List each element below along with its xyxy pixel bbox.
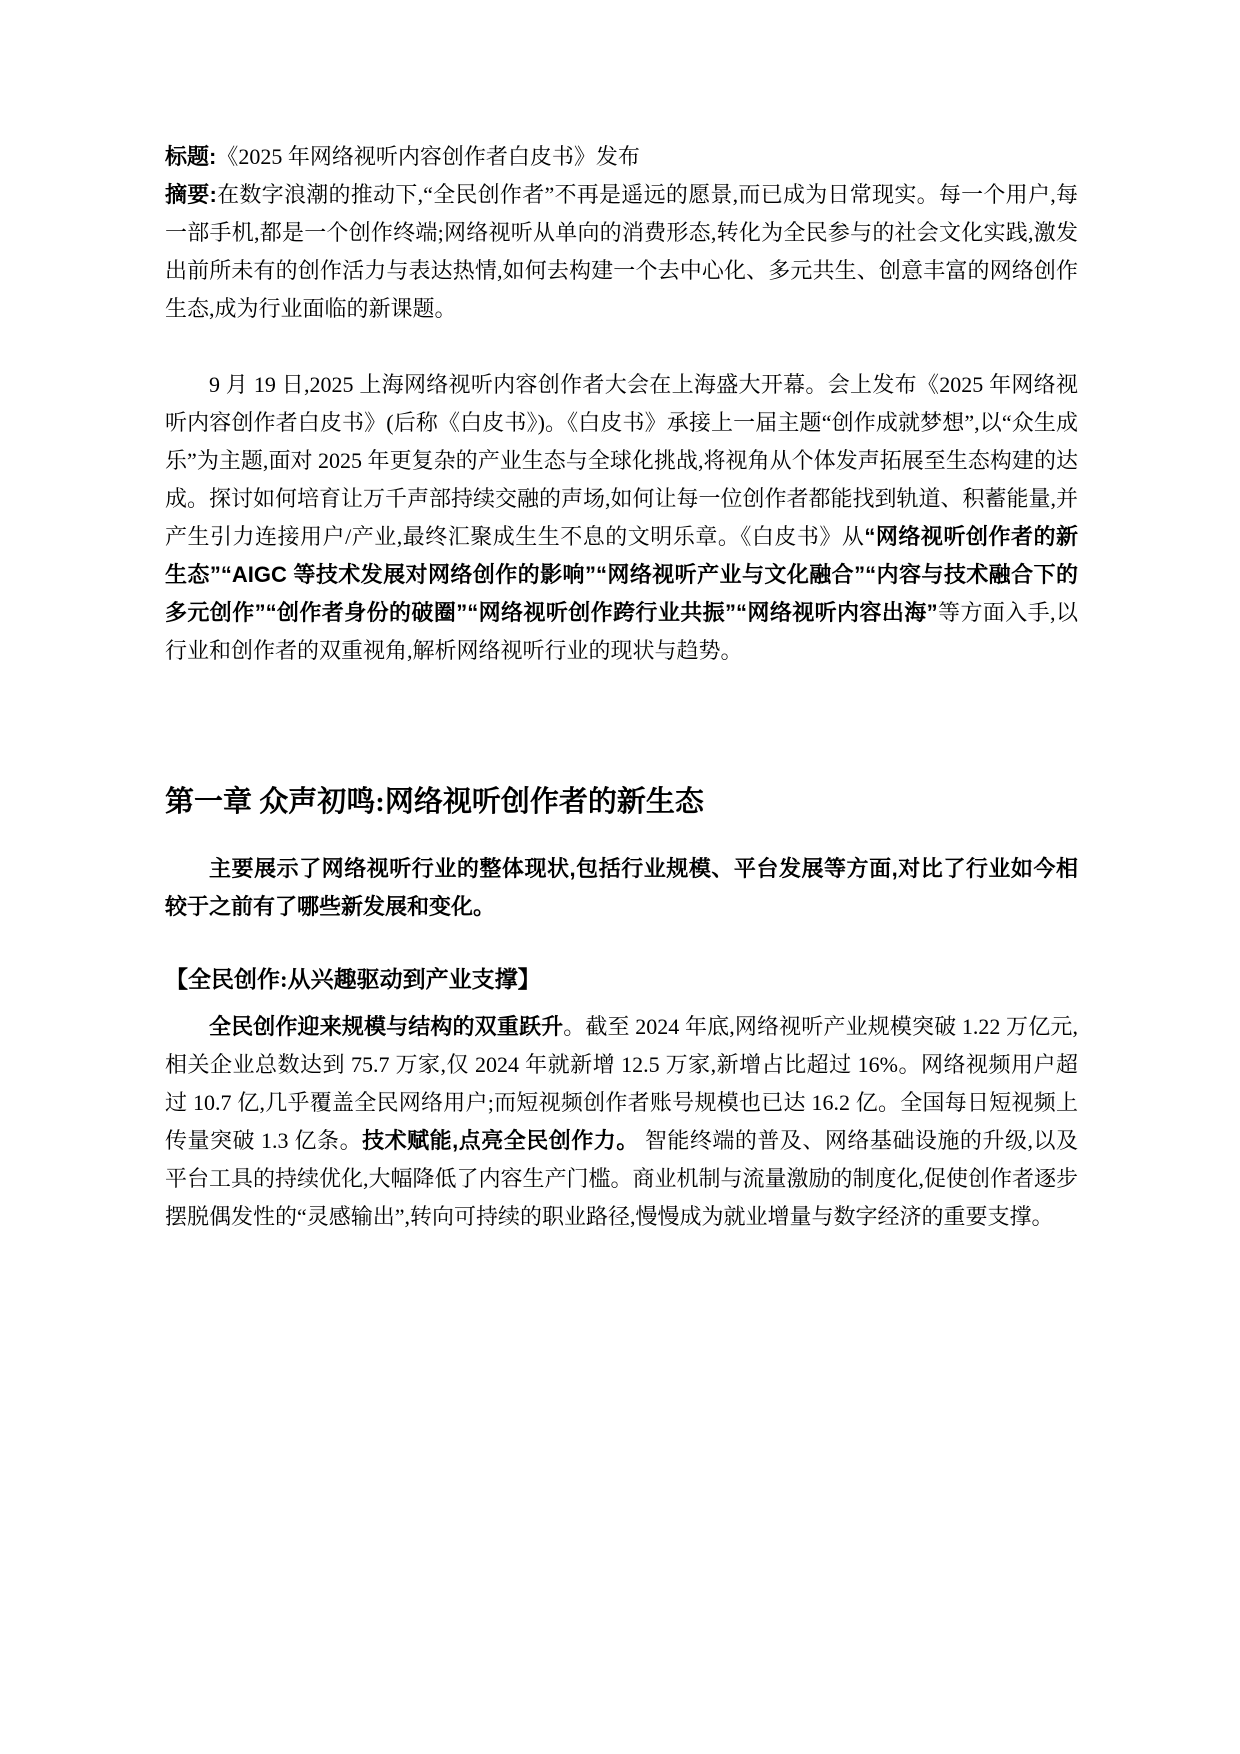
intro-paragraph: 9 月 19 日,2025 上海网络视听内容创作者大会在上海盛大开幕。会上发布《… xyxy=(165,366,1078,670)
text-run-bold: 全民创作迎来规模与结构的双重跃升 xyxy=(209,1014,563,1039)
text-run-bold: “网络视听创作跨行业共振” xyxy=(467,600,736,625)
text-run-bold: 技术赋能,点亮全民创作力。 xyxy=(362,1128,639,1153)
text-run: 9 月 19 日,2025 上海网络视听内容创作者大会在上海盛大开幕。会上发布《… xyxy=(165,372,1078,549)
document-content: 标题:《2025 年网络视听内容创作者白皮书》发布 摘要:在数字浪潮的推动下,“… xyxy=(165,138,1078,1236)
section-1-heading: 【全民创作:从兴趣驱动到产业支撑】 xyxy=(165,960,1078,1000)
abstract-label: 摘要: xyxy=(165,182,217,207)
title-label: 标题: xyxy=(165,144,216,169)
section-1-paragraph: 全民创作迎来规模与结构的双重跃升。截至 2024 年底,网络视听产业规模突破 1… xyxy=(165,1008,1078,1236)
text-run-bold: “网络视听产业与文化融合” xyxy=(596,562,865,587)
chapter-1-summary: 主要展示了网络视听行业的整体现状,包括行业规模、平台发展等方面,对比了行业如今相… xyxy=(165,850,1078,926)
title-line: 标题:《2025 年网络视听内容创作者白皮书》发布 xyxy=(165,138,1078,176)
title-text: 《2025 年网络视听内容创作者白皮书》发布 xyxy=(216,144,640,169)
abstract-text: 在数字浪潮的推动下,“全民创作者”不再是遥远的愿景,而已成为日常现实。每一个用户… xyxy=(165,182,1078,321)
chapter-1-heading: 第一章 众声初鸣:网络视听创作者的新生态 xyxy=(165,778,1078,826)
abstract-paragraph: 摘要:在数字浪潮的推动下,“全民创作者”不再是遥远的愿景,而已成为日常现实。每一… xyxy=(165,176,1078,328)
document-page: 标题:《2025 年网络视听内容创作者白皮书》发布 摘要:在数字浪潮的推动下,“… xyxy=(0,0,1240,1754)
text-run-bold: “网络视听内容出海” xyxy=(736,600,938,625)
text-run-bold: “AIGC 等技术发展对网络创作的影响” xyxy=(221,562,596,587)
text-run-bold: “创作者身份的破圈” xyxy=(266,600,468,625)
